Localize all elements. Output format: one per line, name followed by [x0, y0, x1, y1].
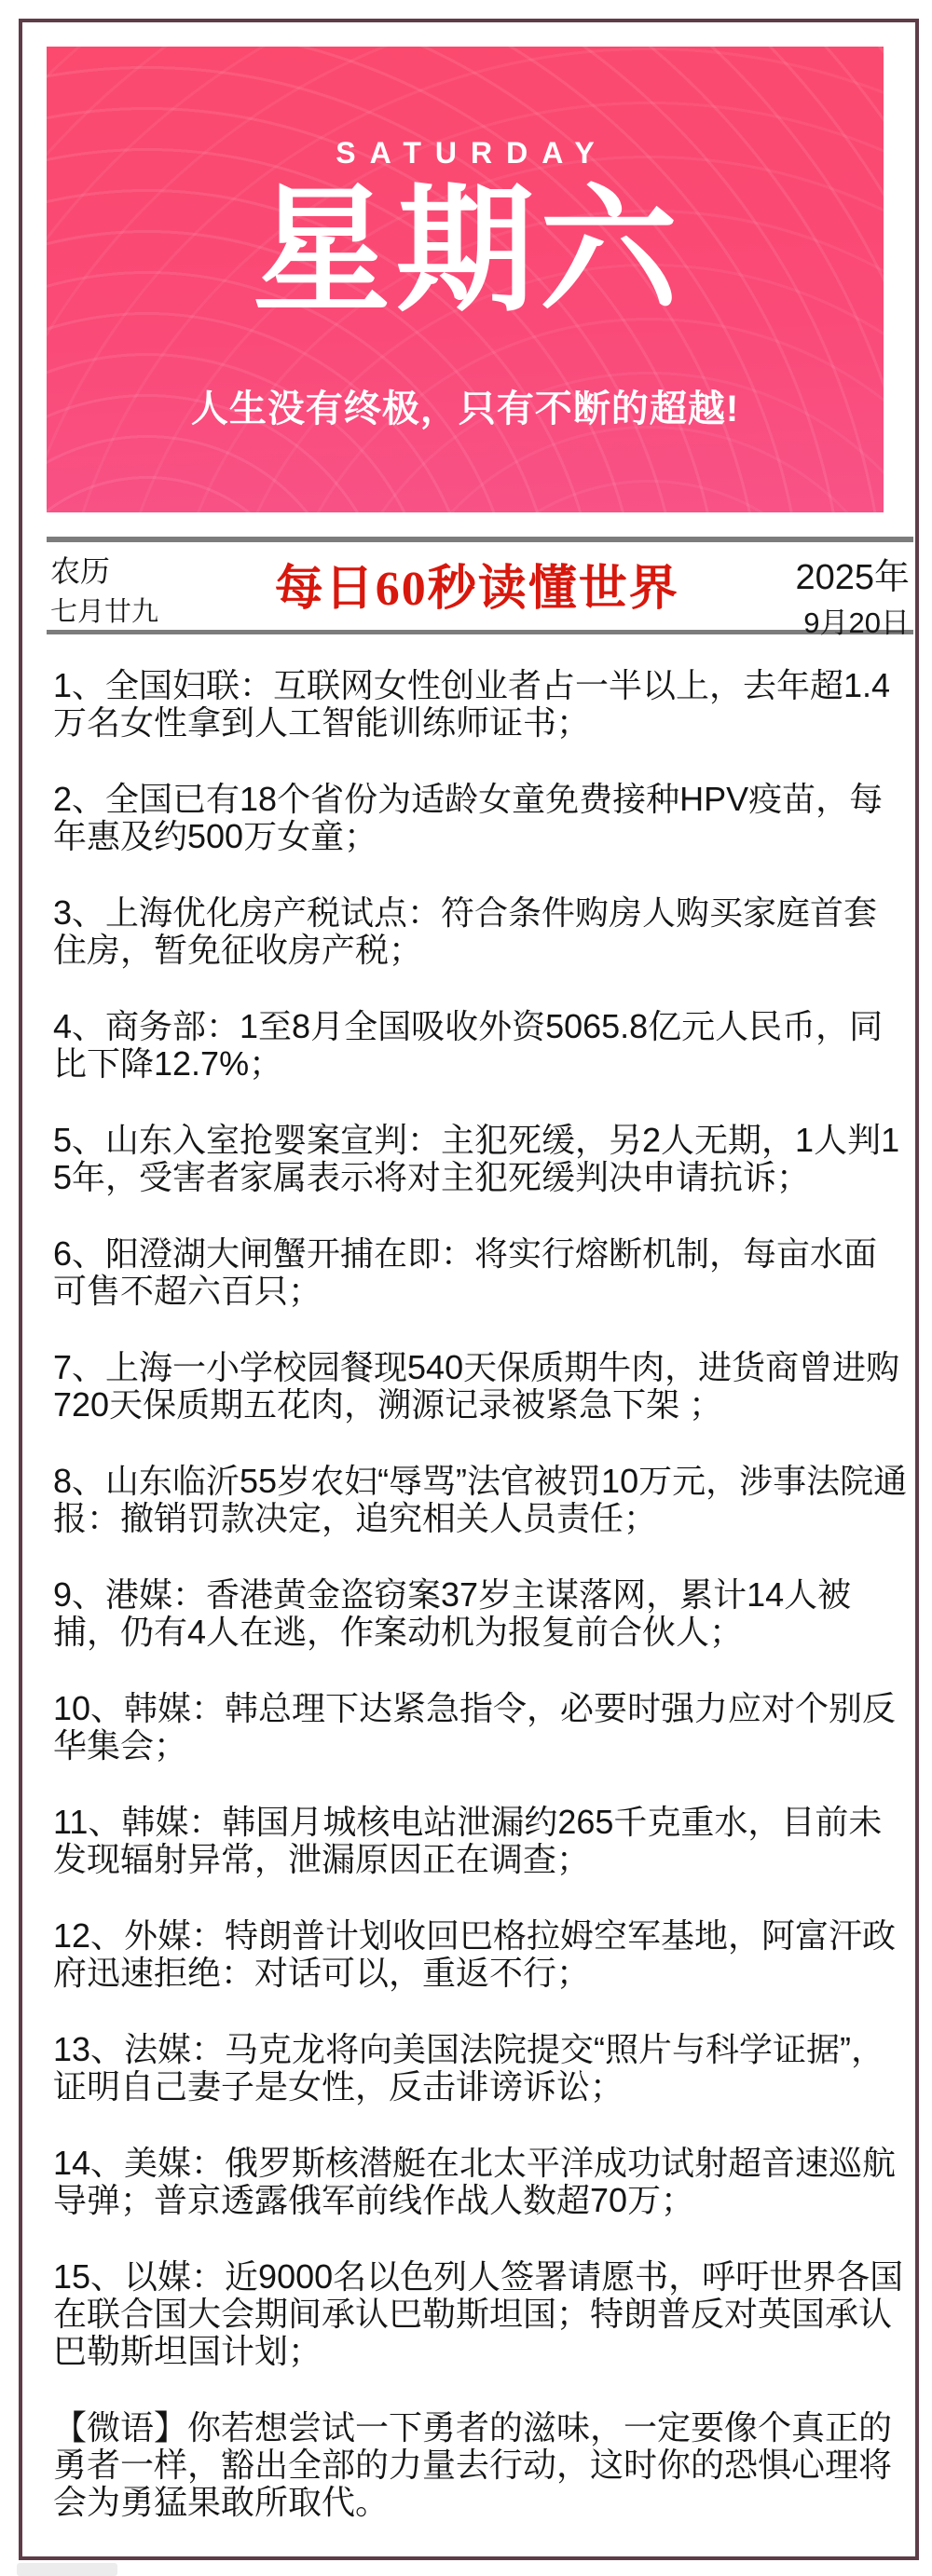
banner-motto: 人生没有终极，只有不断的超越!	[47, 379, 884, 432]
lunar-column: 农历 七月廿九	[50, 548, 158, 624]
news-item: 8、山东临沂55岁农妇“辱骂”法官被罚10万元，涉事法院通报：撤销罚款决定，追究…	[53, 1463, 909, 1537]
bottom-left-tab	[17, 2563, 117, 2576]
gregorian-column: 2025年 9月20日	[795, 548, 910, 624]
news-item: 15、以媒：近9000名以色列人签署请愿书，呼吁世界各国在联合国大会期间承认巴勒…	[53, 2258, 909, 2370]
weiyu-note: 【微语】你若想尝试一下勇者的滋味，一定要像个真正的勇者一样，豁出全部的力量去行动…	[53, 2409, 909, 2521]
weekday-banner: SATURDAY 星期六 人生没有终极，只有不断的超越!	[47, 47, 884, 512]
daily-news-poster: SATURDAY 星期六 人生没有终极，只有不断的超越! 农历 七月廿九 每日6…	[0, 0, 932, 2576]
news-item: 11、韩媒：韩国月城核电站泄漏约265千克重水，目前未发现辐射异常，泄漏原因正在…	[53, 1804, 909, 1878]
news-item: 9、港媒：香港黄金盗窃案37岁主谋落网，累计14人被捕，仍有4人在逃，作案动机为…	[53, 1576, 909, 1651]
news-item: 5、山东入室抢婴案宣判：主犯死缓，另2人无期，1人判15年，受害者家属表示将对主…	[53, 1122, 909, 1196]
weekday-chinese: 星期六	[47, 184, 884, 321]
lunar-date: 七月廿九	[50, 591, 158, 629]
news-item: 10、韩媒：韩总理下达紧急指令，必要时强力应对个别反华集会；	[53, 1690, 909, 1765]
news-item: 7、上海一小学校园餐现540天保质期牛肉，进货商曾进购720天保质期五花肉，溯源…	[53, 1349, 909, 1424]
news-item: 4、商务部：1至8月全国吸收外资5065.8亿元人民币，同比下降12.7%；	[53, 1008, 909, 1083]
news-item: 12、外媒：特朗普计划收回巴格拉姆空军基地，阿富汗政府迅速拒绝：对话可以，重返不…	[53, 1917, 909, 1992]
lunar-calendar-label: 农历	[50, 548, 158, 591]
date-band: 农历 七月廿九 每日60秒读懂世界 2025年 9月20日	[47, 537, 913, 634]
digest-title: 每日60秒读懂世界	[275, 549, 679, 624]
news-item: 2、全国已有18个省份为适龄女童免费接种HPV疫苗，每年惠及约500万女童；	[53, 781, 909, 855]
news-item: 3、上海优化房产税试点：符合条件购房人购买家庭首套住房，暂免征收房产税；	[53, 894, 909, 969]
date-label: 9月20日	[795, 599, 910, 641]
news-item: 1、全国妇联：互联网女性创业者占一半以上，去年超1.4万名女性拿到人工智能训练师…	[53, 667, 909, 742]
news-list: 1、全国妇联：互联网女性创业者占一半以上，去年超1.4万名女性拿到人工智能训练师…	[53, 667, 909, 2370]
weekday-english: SATURDAY	[47, 47, 884, 170]
year-label: 2025年	[795, 548, 910, 599]
news-item: 14、美媒：俄罗斯核潜艇在北太平洋成功试射超音速巡航导弹；普京透露俄军前线作战人…	[53, 2145, 909, 2219]
news-item: 13、法媒：马克龙将向美国法院提交“照片与科学证据”，证明自己妻子是女性，反击诽…	[53, 2031, 909, 2106]
news-body: 1、全国妇联：互联网女性创业者占一半以上，去年超1.4万名女性拿到人工智能训练师…	[53, 667, 909, 2521]
news-item: 6、阳澄湖大闸蟹开捕在即：将实行熔断机制，每亩水面可售不超六百只；	[53, 1235, 909, 1310]
